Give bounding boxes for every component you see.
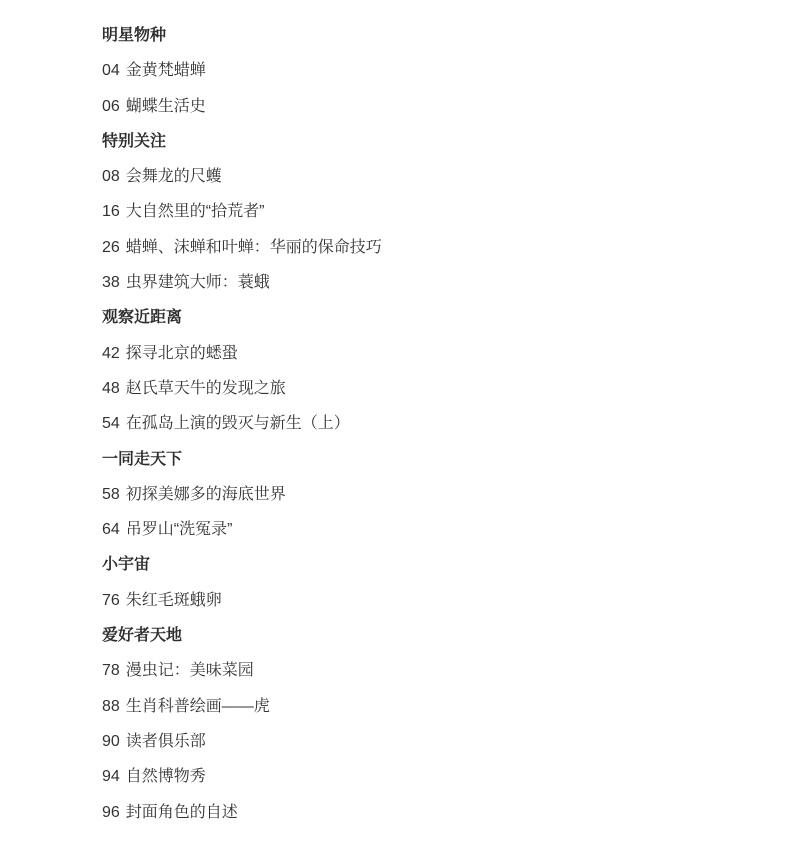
- entry-title: 生肖科普绘画——虎: [126, 698, 270, 715]
- toc-entry: 90读者俱乐部: [102, 731, 736, 753]
- toc-entry: 06蝴蝶生活史: [102, 96, 736, 118]
- entry-page-number: 42: [102, 345, 120, 362]
- entry-title: 漫虫记：美味菜园: [126, 662, 254, 679]
- entry-page-number: 76: [102, 592, 120, 609]
- entry-title: 虫界建筑大师：蓑蛾: [126, 274, 270, 291]
- entry-page-number: 58: [102, 486, 120, 503]
- toc-entry: 38虫界建筑大师：蓑蛾: [102, 272, 736, 294]
- section-heading: 观察近距离: [102, 307, 736, 329]
- toc-entry: 16大自然里的“拾荒者”: [102, 201, 736, 223]
- entry-page-number: 94: [102, 768, 120, 785]
- section-heading: 小宇宙: [102, 554, 736, 576]
- section-heading: 一同走天下: [102, 449, 736, 471]
- entry-page-number: 88: [102, 698, 120, 715]
- entry-page-number: 96: [102, 804, 120, 821]
- toc-entry: 76朱红毛斑蛾卵: [102, 590, 736, 612]
- entry-title: 初探美娜多的海底世界: [126, 486, 286, 503]
- toc-entry: 96封面角色的自述: [102, 802, 736, 824]
- entry-title: 会舞龙的尺蠖: [126, 168, 222, 185]
- toc-entry: 58初探美娜多的海底世界: [102, 484, 736, 506]
- toc-entry: 42探寻北京的蟋蛩: [102, 343, 736, 365]
- toc-entry: 54在孤岛上演的毁灭与新生（上）: [102, 413, 736, 435]
- entry-title: 自然博物秀: [126, 768, 206, 785]
- entry-page-number: 54: [102, 415, 120, 432]
- entry-title: 蝴蝶生活史: [126, 98, 206, 115]
- toc-entry: 88生肖科普绘画——虎: [102, 696, 736, 718]
- entry-page-number: 48: [102, 380, 120, 397]
- entry-page-number: 78: [102, 662, 120, 679]
- entry-page-number: 04: [102, 62, 120, 79]
- entry-page-number: 38: [102, 274, 120, 291]
- entry-title: 赵氏草天牛的发现之旅: [126, 380, 286, 397]
- section-heading: 特别关注: [102, 131, 736, 153]
- entry-page-number: 16: [102, 203, 120, 220]
- entry-page-number: 06: [102, 98, 120, 115]
- entry-title: 在孤岛上演的毁灭与新生（上）: [126, 415, 350, 432]
- entry-title: 读者俱乐部: [126, 733, 206, 750]
- entry-title: 朱红毛斑蛾卵: [126, 592, 222, 609]
- entry-title: 大自然里的“拾荒者”: [126, 203, 265, 220]
- section-heading: 明星物种: [102, 25, 736, 47]
- toc-entry: 04金黄梵蜡蝉: [102, 60, 736, 82]
- toc-entry: 26蜡蝉、沫蝉和叶蝉：华丽的保命技巧: [102, 237, 736, 259]
- entry-title: 吊罗山“洗冤录”: [126, 521, 233, 538]
- toc-entry: 78漫虫记：美味菜园: [102, 660, 736, 682]
- entry-title: 蜡蝉、沫蝉和叶蝉：华丽的保命技巧: [126, 239, 382, 256]
- toc-entry: 08会舞龙的尺蠖: [102, 166, 736, 188]
- table-of-contents: 明星物种04金黄梵蜡蝉06蝴蝶生活史特别关注08会舞龙的尺蠖16大自然里的“拾荒…: [0, 0, 796, 824]
- entry-page-number: 90: [102, 733, 120, 750]
- section-heading: 爱好者天地: [102, 625, 736, 647]
- entry-title: 金黄梵蜡蝉: [126, 62, 206, 79]
- entry-page-number: 64: [102, 521, 120, 538]
- entry-page-number: 08: [102, 168, 120, 185]
- toc-entry: 64吊罗山“洗冤录”: [102, 519, 736, 541]
- toc-entry: 48赵氏草天牛的发现之旅: [102, 378, 736, 400]
- toc-entry: 94自然博物秀: [102, 766, 736, 788]
- entry-page-number: 26: [102, 239, 120, 256]
- entry-title: 封面角色的自述: [126, 804, 238, 821]
- entry-title: 探寻北京的蟋蛩: [126, 345, 238, 362]
